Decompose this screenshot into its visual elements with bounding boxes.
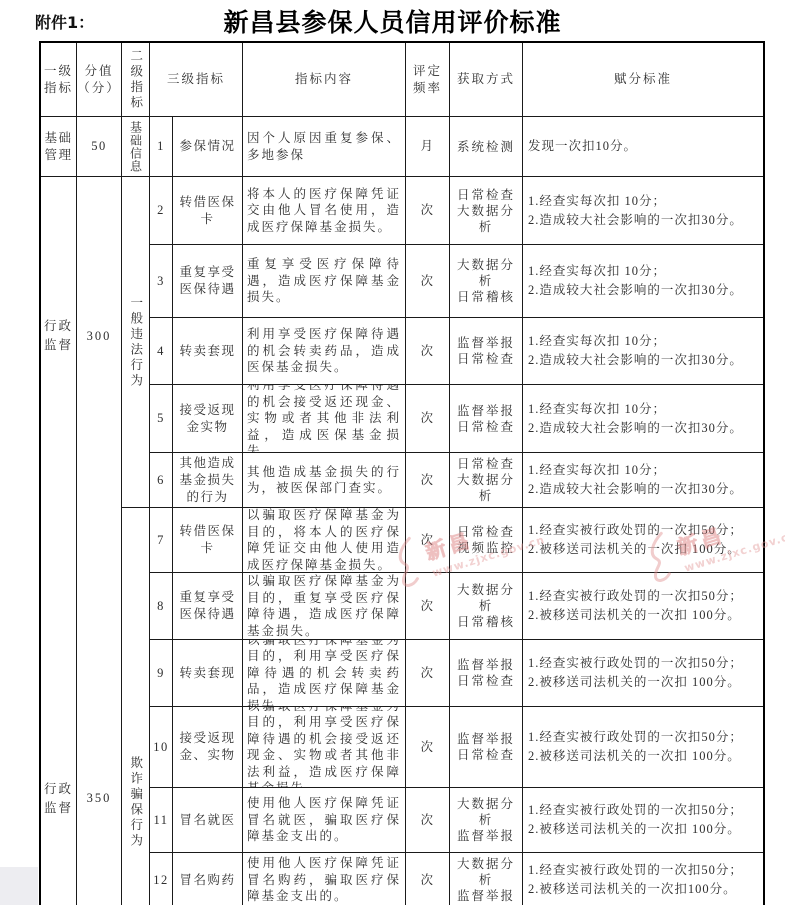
header-content: 指标内容 [243, 43, 406, 117]
frequency: 次 [406, 177, 450, 245]
frequency: 次 [406, 318, 450, 385]
scoring-standard: 1.经查实被行政处罚的一次扣50分； 2.被移送司法机关的一次扣 100分。 [523, 707, 763, 788]
row-number: 2 [150, 177, 173, 245]
level1-admin-supervision-1: 行政监督 [41, 317, 76, 355]
frequency: 月 [406, 117, 450, 177]
indicator-content: 以骗取医疗保障基金为目的，利用享受医疗保障待遇的机会转卖药品，造成医疗保障基金损… [243, 640, 406, 707]
header-score: 分值（分） [77, 43, 122, 117]
level3-name: 转借医保卡 [173, 177, 243, 245]
method: 监督举报 日常检查 [450, 640, 523, 707]
method: 日常检查 视频监控 [450, 508, 523, 573]
level3-name: 接受返现金实物 [173, 385, 243, 453]
indicator-content: 以骗取医疗保障基金为目的，利用享受医疗保障待遇的机会接受返还现金、实物或者其他非… [243, 707, 406, 788]
level3-name: 接受返现金、实物 [173, 707, 243, 788]
scoring-standard: 1.经查实被行政处罚的一次扣50分； 2.被移送司法机关的一次扣 100分。 [523, 640, 763, 707]
scoring-standard: 1.经查实每次扣 10分； 2.造成较大社会影响的一次扣30分。 [523, 245, 763, 318]
indicator-content: 利用享受医疗保障待遇的机会转卖药品，造成医保基金损失。 [243, 318, 406, 385]
header-frequency: 评定频率 [406, 43, 450, 117]
method: 监督举报 日常检查 [450, 385, 523, 453]
row-number: 12 [150, 853, 173, 905]
level3-name: 其他造成基金损失的行为 [173, 453, 243, 508]
level3-name: 冒名就医 [173, 788, 243, 853]
level3-name: 转借医保卡 [173, 508, 243, 573]
scoring-standard: 1.经查实被行政处罚的一次扣50分； 2.被移送司法机关的一次扣 100分。 [523, 573, 763, 640]
method: 大数据分析 日常稽核 [450, 573, 523, 640]
indicator-content: 以骗取医疗保障基金为目的，将本人的医疗保障凭证交由他人使用造成医疗保障基金损失。 [243, 508, 406, 573]
frequency: 次 [406, 853, 450, 905]
level1-basic-management: 基础管理 [41, 117, 77, 177]
row-number: 4 [150, 318, 173, 385]
credit-evaluation-table: 一级指标 分值（分） 二级指标 三级指标 指标内容 评定频率 获取方式 赋分标准… [39, 41, 765, 905]
frequency: 次 [406, 640, 450, 707]
scoring-standard: 1.经查实每次扣 10分； 2.造成较大社会影响的一次扣30分。 [523, 318, 763, 385]
header-level3: 三级指标 [150, 43, 243, 117]
level3-name: 转卖套现 [173, 318, 243, 385]
indicator-content: 因个人原因重复参保、多地参保 [243, 117, 406, 177]
method: 系统检测 [450, 117, 523, 177]
indicator-content: 利用享受医疗保障待遇的机会接受返还现金、实物或者其他非法利益，造成医保基金损失。 [243, 385, 406, 453]
method: 大数据分析 监督举报 [450, 853, 523, 905]
level2-general-violations: 一般违法行为 [122, 177, 150, 508]
level3-name: 冒名购药 [173, 853, 243, 905]
row-number: 3 [150, 245, 173, 318]
level3-name: 重复享受医保待遇 [173, 245, 243, 318]
level1-admin-supervision-column: 行政监督 行政监督 [41, 177, 77, 905]
frequency: 次 [406, 453, 450, 508]
indicator-content: 使用他人医疗保障凭证冒名购药，骗取医疗保障基金支出的。 [243, 853, 406, 905]
scoring-standard: 1.经查实每次扣 10分； 2.造成较大社会影响的一次扣30分。 [523, 177, 763, 245]
score-general-violations: 300 [77, 327, 121, 346]
score-fraud: 350 [77, 789, 121, 808]
scoring-standard: 1.经查实每次扣 10分； 2.造成较大社会影响的一次扣30分。 [523, 453, 763, 508]
indicator-content: 使用他人医疗保障凭证冒名就医，骗取医疗保障基金支出的。 [243, 788, 406, 853]
level2-basic-info: 基础信息 [122, 117, 150, 177]
level3-name: 参保情况 [173, 117, 243, 177]
header-level2: 二级指标 [122, 43, 150, 117]
level3-name: 重复享受医保待遇 [173, 573, 243, 640]
score-column: 300 350 [77, 177, 122, 905]
frequency: 次 [406, 508, 450, 573]
method: 大数据分析 监督举报 [450, 788, 523, 853]
method: 监督举报 日常检查 [450, 318, 523, 385]
frequency: 次 [406, 385, 450, 453]
scoring-standard: 1.经查实被行政处罚的一次扣50分； 2.被移送司法机关的一次扣100分。 [523, 853, 763, 905]
row-number: 1 [150, 117, 173, 177]
level2-fraud-cell: 欺诈骗保行为 [122, 508, 150, 905]
page-title: 新昌县参保人员信用评价标准 [0, 3, 785, 39]
header-method: 获取方式 [450, 43, 523, 117]
frequency: 次 [406, 788, 450, 853]
scoring-standard: 1.经查实被行政处罚的一次扣50分； 2.被移送司法机关的一次扣 100分。 [523, 788, 763, 853]
row-number: 8 [150, 573, 173, 640]
row-number: 7 [150, 508, 173, 573]
method: 监督举报 日常检查 [450, 707, 523, 788]
method: 日常检查 大数据分析 [450, 177, 523, 245]
header-standard: 赋分标准 [523, 43, 763, 117]
frequency: 次 [406, 245, 450, 318]
scoring-standard: 1.经查实被行政处罚的一次扣50分； 2.被移送司法机关的一次扣 100分。 [523, 508, 763, 573]
indicator-content: 以骗取医疗保障基金为目的，重复享受医疗保障待遇，造成医疗保障基金损失。 [243, 573, 406, 640]
header-level1: 一级指标 [41, 43, 77, 117]
score-basic-management: 50 [77, 117, 122, 177]
row-number: 11 [150, 788, 173, 853]
row-number: 6 [150, 453, 173, 508]
indicator-content: 其他造成基金损失的行为，被医保部门查实。 [243, 453, 406, 508]
row-number: 10 [150, 707, 173, 788]
row-number: 5 [150, 385, 173, 453]
level3-name: 转卖套现 [173, 640, 243, 707]
indicator-content: 将本人的医疗保障凭证交由他人冒名使用，造成医疗保障基金损失。 [243, 177, 406, 245]
page-edge-shade [0, 867, 38, 905]
frequency: 次 [406, 573, 450, 640]
indicator-content: 重复享受医疗保障待遇，造成医疗保障基金损失。 [243, 245, 406, 318]
scoring-standard: 1.经查实每次扣 10分； 2.造成较大社会影响的一次扣30分。 [523, 385, 763, 453]
row-number: 9 [150, 640, 173, 707]
method: 日常检查 大数据分析 [450, 453, 523, 508]
level1-admin-supervision-2: 行政监督 [41, 780, 76, 818]
frequency: 次 [406, 707, 450, 788]
method: 大数据分析 日常稽核 [450, 245, 523, 318]
level2-fraud-label: 欺诈骗保行为 [129, 756, 142, 849]
scoring-standard: 发现一次扣10分。 [523, 117, 763, 177]
